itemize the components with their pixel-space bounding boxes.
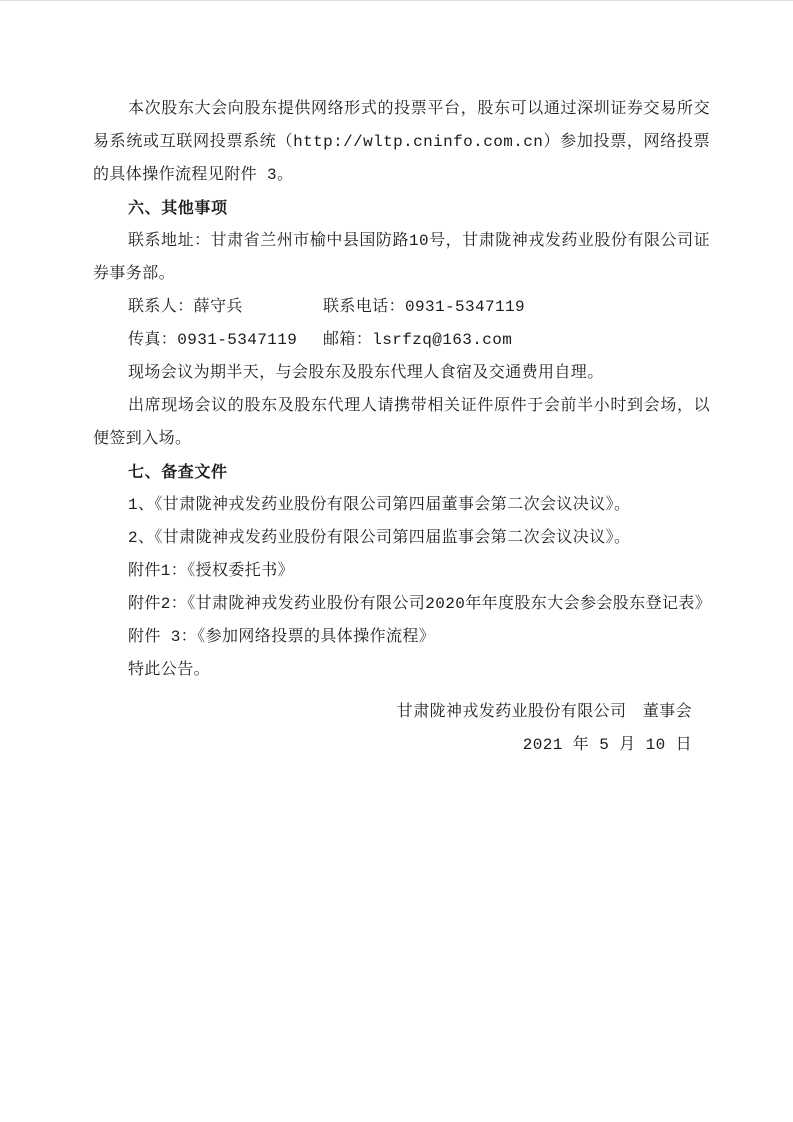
contact-row-fax-email: 传真：0931-5347119 邮箱：lsrfzq@163.com <box>93 324 710 357</box>
signature-block: 甘肃陇神戎发药业股份有限公司 董事会 2021 年 5 月 10 日 <box>93 696 710 762</box>
paragraph-network-voting: 本次股东大会向股东提供网络形式的投票平台，股东可以通过深圳证券交易所交易系统或互… <box>93 93 710 192</box>
contact-address-paragraph: 联系地址：甘肃省兰州市榆中县国防路10号，甘肃陇神戎发药业股份有限公司证券事务部… <box>93 225 710 291</box>
reference-document-1: 1、《甘肃陇神戎发药业股份有限公司第四届董事会第二次会议决议》。 <box>93 489 710 522</box>
attachment-2: 附件2：《甘肃陇神戎发药业股份有限公司2020年年度股东大会参会股东登记表》 <box>93 588 710 621</box>
attachment-1: 附件1：《授权委托书》 <box>93 555 710 588</box>
contact-person-text: 联系人：薛守兵 <box>128 291 313 324</box>
meeting-duration-note: 现场会议为期半天，与会股东及股东代理人食宿及交通费用自理。 <box>93 357 710 390</box>
contact-row-person-phone: 联系人：薛守兵 联系电话：0931-5347119 <box>93 291 710 324</box>
fax-text: 传真：0931-5347119 <box>128 324 313 357</box>
signature-company: 甘肃陇神戎发药业股份有限公司 董事会 <box>93 696 692 729</box>
email-text: 邮箱：lsrfzq@163.com <box>323 331 512 349</box>
contact-phone-text: 联系电话：0931-5347119 <box>323 298 525 316</box>
attachment-3: 附件 3：《参加网络投票的具体操作流程》 <box>93 621 710 654</box>
reference-document-2: 2、《甘肃陇神戎发药业股份有限公司第四届监事会第二次会议决议》。 <box>93 522 710 555</box>
signature-date: 2021 年 5 月 10 日 <box>93 729 692 762</box>
section-6-heading: 六、其他事项 <box>93 192 710 225</box>
document-page: 本次股东大会向股东提供网络形式的投票平台，股东可以通过深圳证券交易所交易系统或互… <box>0 0 793 1122</box>
closing-note: 特此公告。 <box>93 654 710 687</box>
attendance-note: 出席现场会议的股东及股东代理人请携带相关证件原件于会前半小时到会场，以便签到入场… <box>93 390 710 456</box>
section-7-heading: 七、备查文件 <box>93 456 710 489</box>
